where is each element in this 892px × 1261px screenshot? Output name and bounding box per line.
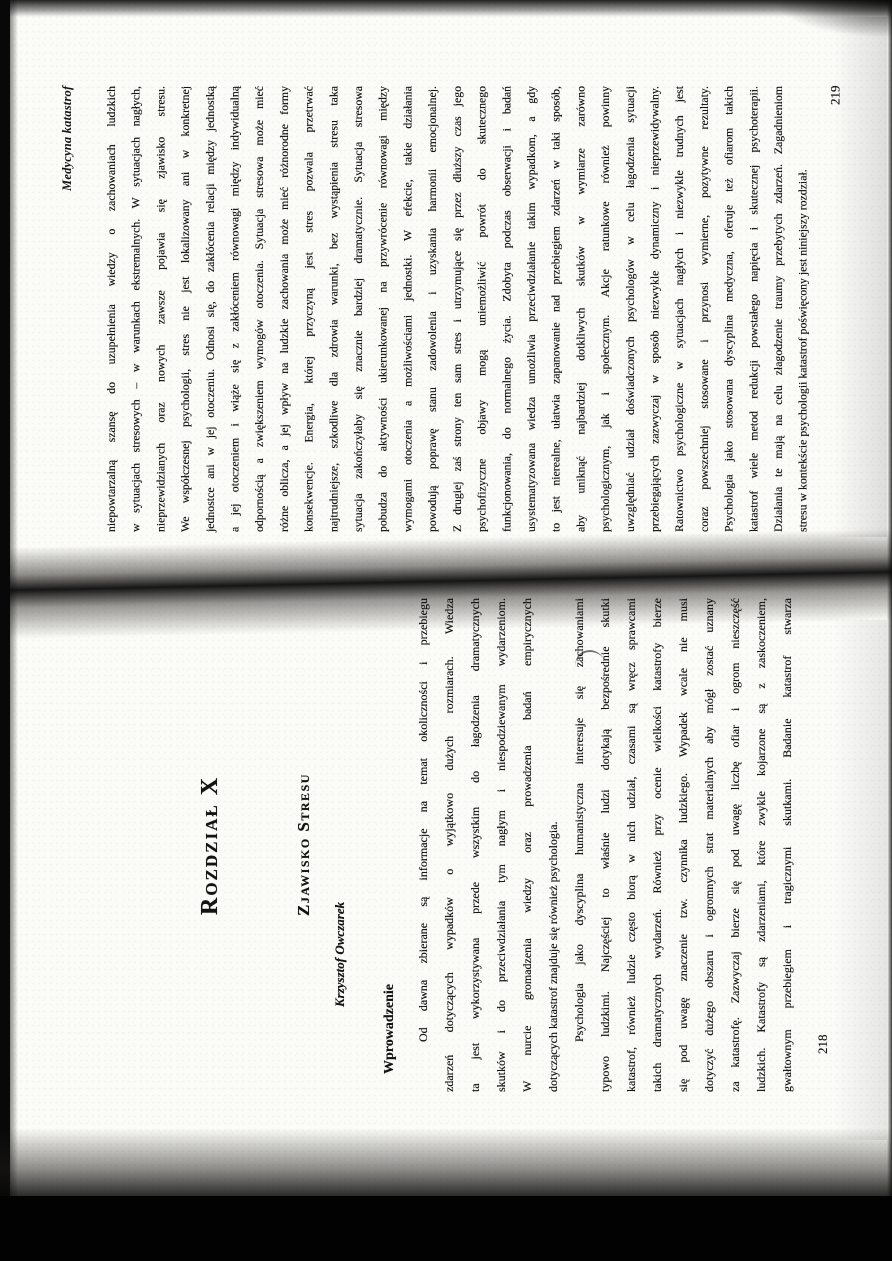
book-scan: Medycyna katastrof niepowtarzalną szansę… bbox=[0, 0, 892, 1261]
scan-noise-overlay bbox=[0, 0, 892, 1261]
